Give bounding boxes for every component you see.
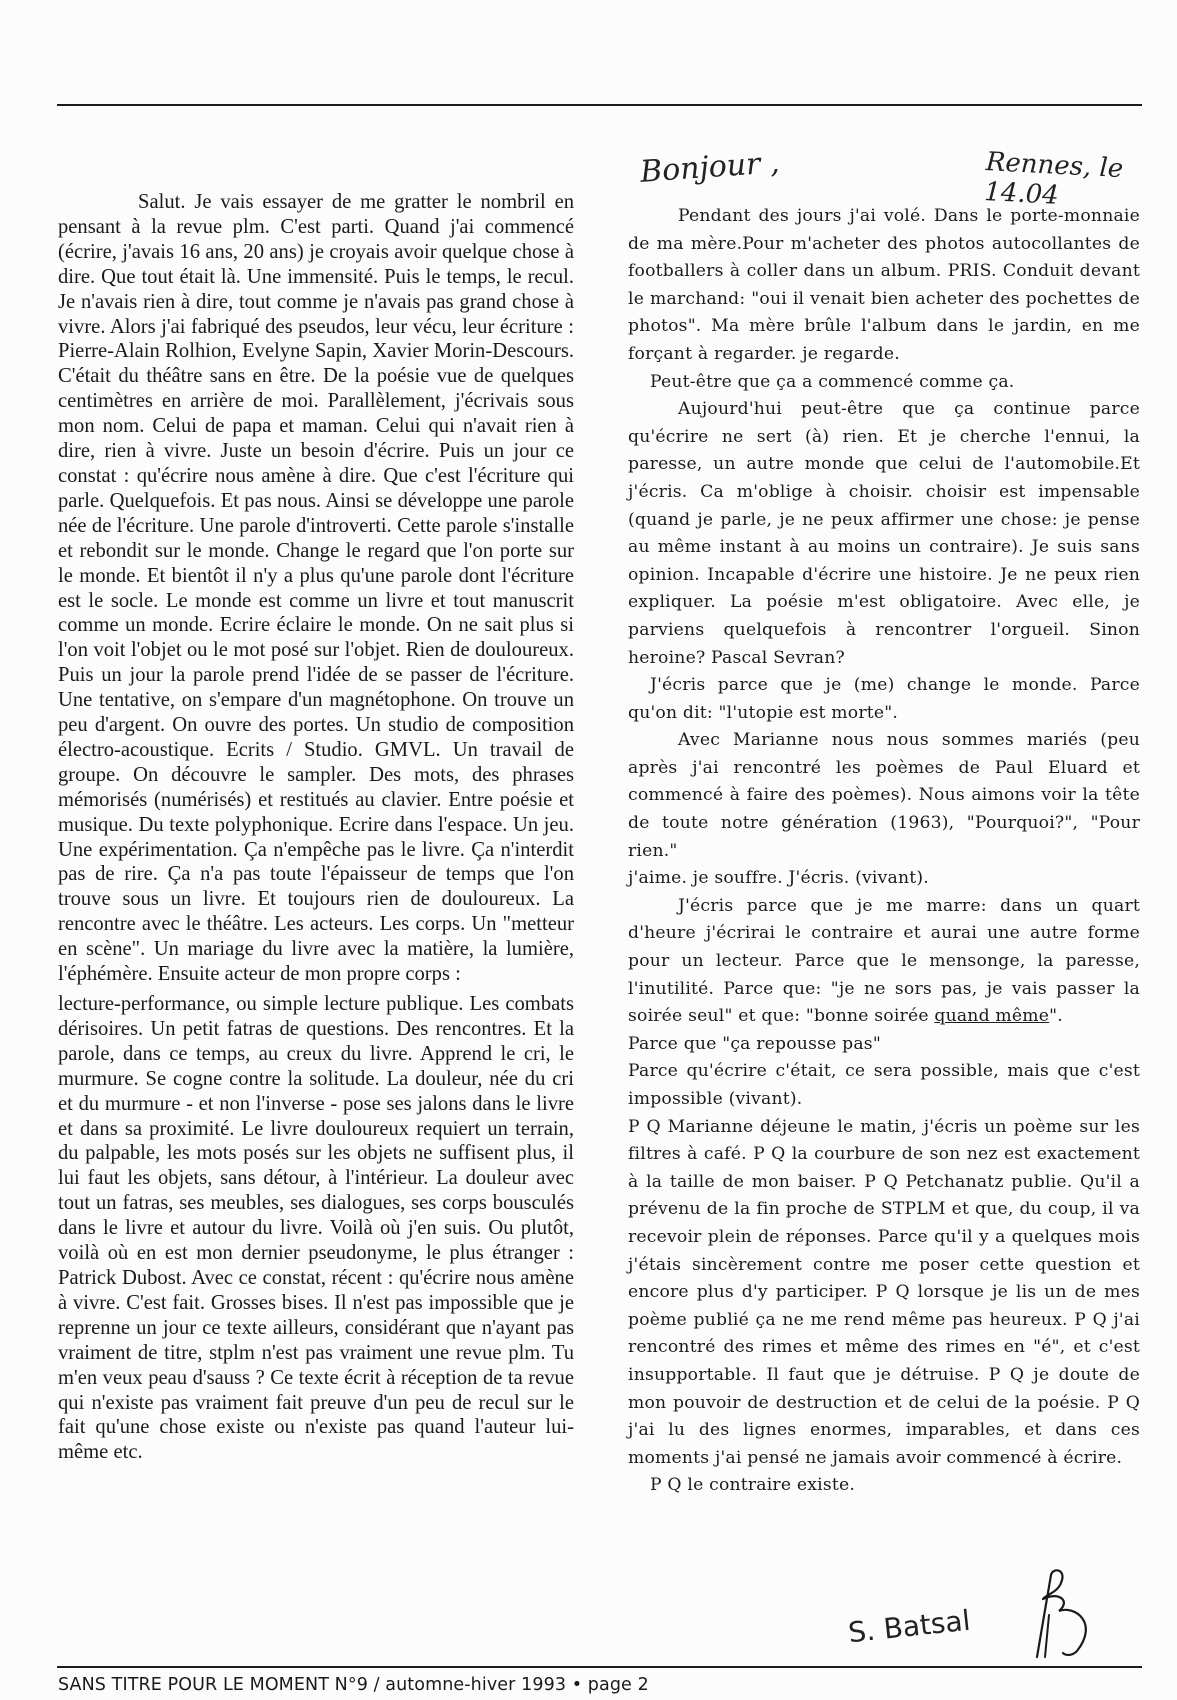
top-rule [57,104,1142,106]
underlined-phrase: quand même [934,1006,1049,1026]
right-paragraph: Avec Marianne nous nous sommes mariés (p… [628,727,1140,865]
handwritten-greeting: Bonjour , [639,145,781,190]
left-column-article: Salut. Je vais essayer de me gratter le … [58,190,574,1465]
right-paragraph: Aujourd'hui peut-être que ça continue pa… [628,396,1140,672]
right-paragraph: J'écris parce que je (me) change le mond… [628,672,1140,727]
right-paragraph-with-underline: J'écris parce que je me marre: dans un q… [628,893,1140,1031]
left-paragraph: Salut. Je vais essayer de me gratter le … [58,190,574,987]
right-paragraph: P Q Marianne déjeune le matin, j'écris u… [628,1114,1140,1473]
right-paragraph: Parce que "ça repousse pas" [628,1031,1140,1059]
signature-name: S. Batsal [847,1604,972,1650]
bottom-rule [57,1666,1142,1668]
right-paragraph: Parce qu'écrire c'était, ce sera possibl… [628,1058,1140,1113]
right-paragraph: P Q le contraire existe. [628,1472,1140,1500]
paragraph-text: J'écris parce que je me marre: dans un q… [628,896,1140,1026]
page-footer: SANS TITRE POUR LE MOMENT N°9 / automne-… [58,1675,649,1695]
right-column-letter: Pendant des jours j'ai volé. Dans le por… [628,203,1140,1500]
left-paragraph: lecture-performance, ou simple lecture p… [58,992,574,1465]
right-paragraph: j'aime. je souffre. J'écris. (vivant). [628,865,1140,893]
signature-monogram-icon [1015,1565,1110,1660]
right-paragraph: Peut-être que ça a commencé comme ça. [628,369,1140,397]
right-paragraph: Pendant des jours j'ai volé. Dans le por… [628,203,1140,369]
closing-quote: ". [1049,1006,1063,1026]
